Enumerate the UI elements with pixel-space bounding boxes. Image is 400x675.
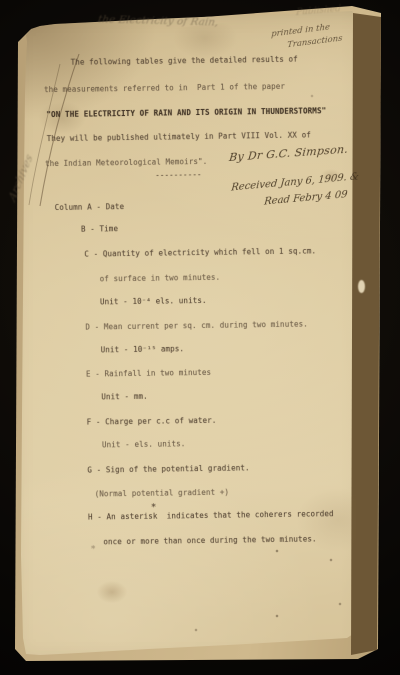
typed-line-g-note: (Normal potential gradient +) <box>95 488 230 499</box>
typed-line-column-a: Column A - Date <box>55 202 125 212</box>
typed-line-column-f: F - Charge per c.c of water. <box>87 416 217 427</box>
photographed-document-page: the Electricity of Rain, Published print… <box>0 0 400 675</box>
typed-line-intro-2: the measurements referred to in Part 1 o… <box>44 82 285 94</box>
typed-line-column-c: C - Quantity of electricity which fell o… <box>84 246 316 258</box>
typed-line-column-g: G - Sign of the potential gradient. <box>87 463 249 474</box>
typed-line-paper-title: "ON THE ELECTRICITY OF RAIN AND ITS ORIG… <box>46 106 326 119</box>
typed-line-column-h: H - An asterisk indicates that the coher… <box>88 509 334 521</box>
typed-line-column-d: D - Mean current per sq. cm. during two … <box>85 319 308 331</box>
typed-line-d-unit: Unit - 10⁻¹⁵ amps. <box>101 344 185 354</box>
typed-line-column-e: E - Rainfall in two minutes <box>86 368 211 379</box>
typed-line-intro-3: They will be published ultimately in Par… <box>47 130 311 143</box>
typed-line-h-cont: once or more than once during the two mi… <box>103 534 316 546</box>
typewritten-text: The following tables give the detailed r… <box>0 0 400 675</box>
typed-line-f-unit: Unit - els. units. <box>102 439 186 449</box>
typed-line-c-cont: of surface in two minutes. <box>100 273 221 284</box>
typed-line-intro-1: The following tables give the detailed r… <box>71 55 298 67</box>
superscript-asterisk-mark: * <box>151 503 157 513</box>
typed-line-c-unit: Unit - 10⁻⁴ els. units. <box>100 296 207 306</box>
typed-separator-dashes: ---------- <box>155 170 201 180</box>
stray-asterisk-mark: * <box>90 544 96 554</box>
typed-line-e-unit: Unit - mm. <box>101 392 147 402</box>
typed-line-intro-4: the Indian Meteorological Memoirs". <box>45 157 207 168</box>
typed-line-column-b: B - Time <box>81 224 118 234</box>
